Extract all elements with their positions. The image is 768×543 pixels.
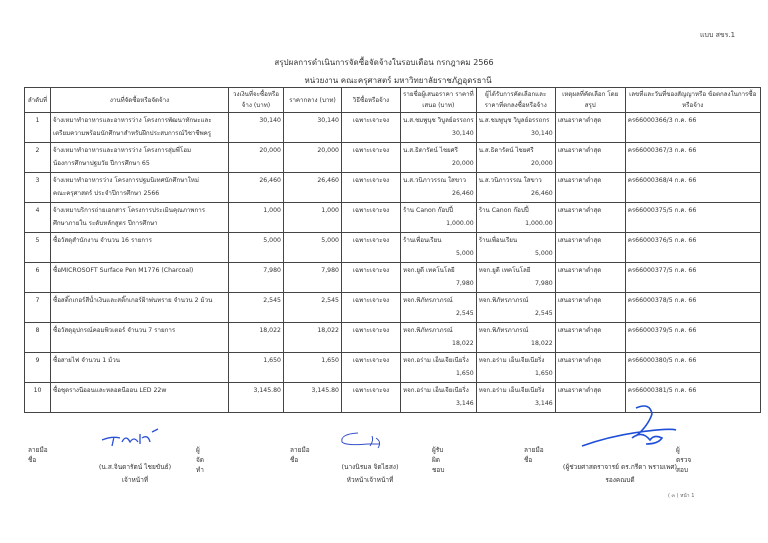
item-description: ซื้อสติ๊กเกอร์สีน้ำเงินและสติ๊กเกอร์ฝ้าพ… xyxy=(51,293,229,323)
method-cell: เฉพาะเจาะจง xyxy=(342,143,401,173)
budget-cell: 1,000 xyxy=(229,203,284,233)
winner-cell: น.ส.ธิดารัตน์ ไชยศรี20,000 xyxy=(476,143,555,173)
budget-cell: 2,545 xyxy=(229,293,284,323)
budget-cell: 26,460 xyxy=(229,173,284,203)
winner-name: หจก.พิภัทรภาภรณ์ xyxy=(479,324,553,337)
median-price-cell: 5,000 xyxy=(284,233,342,263)
bidder-name: ร้านเพื่อนเรียน xyxy=(403,234,474,247)
winner-cell: ร้าน Canon ก๊อปปี้1,000.00 xyxy=(476,203,555,233)
item-description: ซื้อวัสดุสำนักงาน จำนวน 16 รายการ xyxy=(51,233,229,263)
win-amount: 18,022 xyxy=(479,337,553,350)
header-winner: ผู้ได้รับการคัดเลือกและ ราคาที่ตกลงซื้อห… xyxy=(476,88,555,113)
bidder-name: หจก.พิภัทรภาภรณ์ xyxy=(403,324,474,337)
bid-amount: 30,140 xyxy=(403,127,474,140)
table-row: 5ซื้อวัสดุสำนักงาน จำนวน 16 รายการ5,0005… xyxy=(25,233,761,263)
winner-cell: หจก.ยูดี เทคโนโลยี7,980 xyxy=(476,263,555,293)
median-price-cell: 18,022 xyxy=(284,323,342,353)
row-number: 5 xyxy=(25,233,51,263)
bid-amount: 7,980 xyxy=(403,277,474,290)
handwritten-signature-icon xyxy=(338,430,388,452)
table-row: 9ซื้อสายไฟ จำนวน 1 ม้วน1,6501,650เฉพาะเจ… xyxy=(25,353,761,383)
win-amount: 30,140 xyxy=(479,127,553,140)
bidder-cell: หจก.พิภัทรภาภรณ์2,545 xyxy=(401,293,477,323)
reason-cell: เสนอราคาต่ำสุด xyxy=(555,203,625,233)
item-description: ซื้อMICROSOFT Surface Pen M1776 (Charcoa… xyxy=(51,263,229,293)
table-header-row: ลำดับที่ งานที่จัดซื้อหรือจัดจ้าง วงเงิน… xyxy=(25,88,761,113)
bidder-name: หจก.อร่าม เอ็นเจียเนียริ่ง xyxy=(403,354,474,367)
contract-cell: คร66000366/3 ก.ค. 66 xyxy=(625,113,760,143)
median-price-cell: 20,000 xyxy=(284,143,342,173)
contract-cell: คร66000379/5 ก.ค. 66 xyxy=(625,323,760,353)
median-price-cell: 30,140 xyxy=(284,113,342,143)
median-price-cell: 7,980 xyxy=(284,263,342,293)
item-description: จ้างเหมาบริการถ่ายเอกสาร โครงการประเมินค… xyxy=(51,203,229,233)
contract-cell: คร66000375/5 ก.ค. 66 xyxy=(625,203,760,233)
method-cell: เฉพาะเจาะจง xyxy=(342,233,401,263)
bidder-cell: น.ส.วนิภาวรรณ ใสขาว26,460 xyxy=(401,173,477,203)
winner-cell: น.ส.ชมพูนุช วิบูลย์อรรถกร30,140 xyxy=(476,113,555,143)
header-contract: เลขที่และวันที่ของสัญญาหรือ ข้อตกลงในการ… xyxy=(625,88,760,113)
reason-cell: เสนอราคาต่ำสุด xyxy=(555,233,625,263)
reason-cell: เสนอราคาต่ำสุด xyxy=(555,173,625,203)
row-number: 10 xyxy=(25,383,51,413)
reason-cell: เสนอราคาต่ำสุด xyxy=(555,293,625,323)
method-cell: เฉพาะเจาะจง xyxy=(342,293,401,323)
bidder-cell: ร้านเพื่อนเรียน5,000 xyxy=(401,233,477,263)
win-amount: 1,000.00 xyxy=(479,217,553,230)
bidder-cell: หจก.อร่าม เอ็นเจียเนียริ่ง1,650 xyxy=(401,353,477,383)
bidder-name: หจก.อร่าม เอ็นเจียเนียริ่ง xyxy=(403,384,474,397)
win-amount: 7,980 xyxy=(479,277,553,290)
contract-cell: คร66000367/3 ก.ค. 66 xyxy=(625,143,760,173)
handwritten-signature-icon xyxy=(100,428,160,450)
winner-name: ร้านเพื่อนเรียน xyxy=(479,234,553,247)
item-description: จ้างเหมาทำอาหารและอาหารว่าง โครงการสุ่มพ… xyxy=(51,143,229,173)
win-amount: 20,000 xyxy=(479,157,553,170)
win-amount: 5,000 xyxy=(479,247,553,260)
item-line-2: คณะครุศาสตร์ ประจำปีการศึกษา 2566 xyxy=(53,190,159,197)
item-line-1: จ้างเหมาทำอาหารและอาหารว่าง โครงการพัฒนา… xyxy=(53,117,212,124)
reason-cell: เสนอราคาต่ำสุด xyxy=(555,113,625,143)
winner-name: ร้าน Canon ก๊อปปี้ xyxy=(479,204,553,217)
document-title: สรุปผลการดำเนินการจัดซื้อจัดจ้างในรอบเดื… xyxy=(0,56,768,69)
bid-amount: 26,460 xyxy=(403,187,474,200)
method-cell: เฉพาะเจาะจง xyxy=(342,353,401,383)
win-amount: 26,460 xyxy=(479,187,553,200)
bidder-name: หจก.ยูดี เทคโนโลยี xyxy=(403,264,474,277)
winner-cell: ร้านเพื่อนเรียน5,000 xyxy=(476,233,555,263)
header-item: งานที่จัดซื้อหรือจัดจ้าง xyxy=(51,88,229,113)
header-budget: วงเงินที่จะซื้อหรือจ้าง (บาท) xyxy=(229,88,284,113)
winner-cell: หจก.อร่าม เอ็นเจียเนียริ่ง1,650 xyxy=(476,353,555,383)
header-bidders: รายชื่อผู้เสนอราคา ราคาที่เสนอ (บาท) xyxy=(401,88,477,113)
row-number: 9 xyxy=(25,353,51,383)
bid-amount: 3,146 xyxy=(403,397,474,410)
reason-cell: เสนอราคาต่ำสุด xyxy=(555,353,625,383)
method-cell: เฉพาะเจาะจง xyxy=(342,323,401,353)
item-line-1: ซื้อสายไฟ จำนวน 1 ม้วน xyxy=(53,357,120,364)
bidder-name: หจก.พิภัทรภาภรณ์ xyxy=(403,294,474,307)
bidder-cell: ร้าน Canon ก๊อปปี้1,000.00 xyxy=(401,203,477,233)
contract-cell: คร66000368/4 ก.ค. 66 xyxy=(625,173,760,203)
method-cell: เฉพาะเจาะจง xyxy=(342,203,401,233)
budget-cell: 3,145.80 xyxy=(229,383,284,413)
signature-label: ลายมือชื่อ xyxy=(290,445,310,465)
header-reason: เหตุผลที่คัดเลือก โดยสรุป xyxy=(555,88,625,113)
median-price-cell: 3,145.80 xyxy=(284,383,342,413)
row-number: 7 xyxy=(25,293,51,323)
bid-amount: 2,545 xyxy=(403,307,474,320)
method-cell: เฉพาะเจาะจง xyxy=(342,383,401,413)
table-row: 4จ้างเหมาบริการถ่ายเอกสาร โครงการประเมิน… xyxy=(25,203,761,233)
item-line-2: ศึกษาภายใน ระดับหลักสูตร ปีการศึกษา xyxy=(53,220,158,227)
signer-name: (ผู้ช่วยศาสตราจารย์ ดร.กรีดา พรามเพศ) xyxy=(540,462,700,472)
winner-cell: หจก.พิภัทรภาภรณ์2,545 xyxy=(476,293,555,323)
winner-cell: หจก.อร่าม เอ็นเจียเนียริ่ง3,146 xyxy=(476,383,555,413)
method-cell: เฉพาะเจาะจง xyxy=(342,113,401,143)
table-row: 6ซื้อMICROSOFT Surface Pen M1776 (Charco… xyxy=(25,263,761,293)
winner-name: น.ส.ธิดารัตน์ ไชยศรี xyxy=(479,144,553,157)
item-line-1: ซื้อวัสดุสำนักงาน จำนวน 16 รายการ xyxy=(53,237,152,244)
table-row: 8ซื้อวัสดุอุปกรณ์คอมพิวเตอร์ จำนวน 7 ราย… xyxy=(25,323,761,353)
bidder-cell: หจก.อร่าม เอ็นเจียเนียริ่ง3,146 xyxy=(401,383,477,413)
budget-cell: 7,980 xyxy=(229,263,284,293)
winner-cell: น.ส.วนิภาวรรณ ใสขาว26,460 xyxy=(476,173,555,203)
method-cell: เฉพาะเจาะจง xyxy=(342,173,401,203)
bidder-cell: น.ส.ชมพูนุช วิบูลย์อรรถกร30,140 xyxy=(401,113,477,143)
bidder-name: น.ส.วนิภาวรรณ ใสขาว xyxy=(403,174,474,187)
row-number: 1 xyxy=(25,113,51,143)
budget-cell: 1,650 xyxy=(229,353,284,383)
signature-role: ผู้รับผิดชอบ xyxy=(432,445,444,475)
item-line-1: จ้างเหมาบริการถ่ายเอกสาร โครงการประเมินค… xyxy=(53,207,205,214)
item-line-1: ซื้อวัสดุอุปกรณ์คอมพิวเตอร์ จำนวน 7 รายก… xyxy=(53,327,175,334)
item-line-1: จ้างเหมาทำอาหารว่าง โครงการปฐมนิเทศนักศึ… xyxy=(53,177,199,184)
item-description: ซื้อสายไฟ จำนวน 1 ม้วน xyxy=(51,353,229,383)
bidder-name: น.ส.ธิดารัตน์ ไชยศรี xyxy=(403,144,474,157)
winner-cell: หจก.พิภัทรภาภรณ์18,022 xyxy=(476,323,555,353)
item-description: จ้างเหมาทำอาหารและอาหารว่าง โครงการพัฒนา… xyxy=(51,113,229,143)
median-price-cell: 26,460 xyxy=(284,173,342,203)
row-number: 4 xyxy=(25,203,51,233)
budget-cell: 30,140 xyxy=(229,113,284,143)
bidder-name: ร้าน Canon ก๊อปปี้ xyxy=(403,204,474,217)
item-line-1: ซื้อสติ๊กเกอร์สีน้ำเงินและสติ๊กเกอร์ฝ้าพ… xyxy=(53,297,212,304)
row-number: 6 xyxy=(25,263,51,293)
page-number: ( ๓ ) หน้า 1 xyxy=(668,492,694,500)
signer-position: หัวหน้าเจ้าหน้าที่ xyxy=(320,475,420,485)
document-subtitle: หน่วยงาน คณะครุศาสตร์ มหาวิทยาลัยราชภัฏอ… xyxy=(14,74,768,87)
header-no: ลำดับที่ xyxy=(25,88,51,113)
budget-cell: 18,022 xyxy=(229,323,284,353)
row-number: 2 xyxy=(25,143,51,173)
item-description: จ้างเหมาทำอาหารว่าง โครงการปฐมนิเทศนักศึ… xyxy=(51,173,229,203)
procurement-table: ลำดับที่ งานที่จัดซื้อหรือจัดจ้าง วงเงิน… xyxy=(24,87,761,413)
winner-name: หจก.พิภัทรภาภรณ์ xyxy=(479,294,553,307)
item-description: ซื้อชุดรางนีออนและหลอดนีออน LED 22w xyxy=(51,383,229,413)
bidder-cell: น.ส.ธิดารัตน์ ไชยศรี20,000 xyxy=(401,143,477,173)
handwritten-signature-icon xyxy=(580,400,680,450)
winner-name: หจก.อร่าม เอ็นเจียเนียริ่ง xyxy=(479,354,553,367)
win-amount: 3,146 xyxy=(479,397,553,410)
median-price-cell: 2,545 xyxy=(284,293,342,323)
reason-cell: เสนอราคาต่ำสุด xyxy=(555,323,625,353)
form-code: แบบ สขร.1 xyxy=(700,30,735,41)
header-median-price: ราคากลาง (บาท) xyxy=(284,88,342,113)
row-number: 3 xyxy=(25,173,51,203)
item-line-1: ซื้อชุดรางนีออนและหลอดนีออน LED 22w xyxy=(53,387,166,394)
item-line-2: น้องการศึกษาปฐมวัย ปีการศึกษา 65 xyxy=(53,160,150,167)
winner-name: หจก.อร่าม เอ็นเจียเนียริ่ง xyxy=(479,384,553,397)
contract-cell: คร66000377/5 ก.ค. 66 xyxy=(625,263,760,293)
signer-position: เจ้าหน้าที่ xyxy=(80,475,190,485)
bidder-cell: หจก.ยูดี เทคโนโลยี7,980 xyxy=(401,263,477,293)
bidder-name: น.ส.ชมพูนุช วิบูลย์อรรถกร xyxy=(403,114,474,127)
winner-name: หจก.ยูดี เทคโนโลยี xyxy=(479,264,553,277)
contract-cell: คร66000378/5 ก.ค. 66 xyxy=(625,293,760,323)
signer-name: (นางนิรมล จิตไธสง) xyxy=(320,462,420,472)
table-row: 2จ้างเหมาทำอาหารและอาหารว่าง โครงการสุ่ม… xyxy=(25,143,761,173)
median-price-cell: 1,000 xyxy=(284,203,342,233)
table-row: 7ซื้อสติ๊กเกอร์สีน้ำเงินและสติ๊กเกอร์ฝ้า… xyxy=(25,293,761,323)
signer-name: (น.ส.จินดารัตน์ ไชยขันธ์) xyxy=(80,462,190,472)
header-method: วิธีซื้อหรือจ้าง xyxy=(342,88,401,113)
signature-role: ผู้จัดทำ xyxy=(196,445,204,475)
row-number: 8 xyxy=(25,323,51,353)
bid-amount: 18,022 xyxy=(403,337,474,350)
bidder-cell: หจก.พิภัทรภาภรณ์18,022 xyxy=(401,323,477,353)
method-cell: เฉพาะเจาะจง xyxy=(342,263,401,293)
winner-name: น.ส.วนิภาวรรณ ใสขาว xyxy=(479,174,553,187)
reason-cell: เสนอราคาต่ำสุด xyxy=(555,143,625,173)
bid-amount: 20,000 xyxy=(403,157,474,170)
median-price-cell: 1,650 xyxy=(284,353,342,383)
winner-name: น.ส.ชมพูนุช วิบูลย์อรรถกร xyxy=(479,114,553,127)
reason-cell: เสนอราคาต่ำสุด xyxy=(555,263,625,293)
contract-cell: คร66000376/5 ก.ค. 66 xyxy=(625,233,760,263)
item-line-1: จ้างเหมาทำอาหารและอาหารว่าง โครงการสุ่มพ… xyxy=(53,147,191,154)
bid-amount: 5,000 xyxy=(403,247,474,260)
win-amount: 2,545 xyxy=(479,307,553,320)
bid-amount: 1,650 xyxy=(403,367,474,380)
signature-label: ลายมือชื่อ xyxy=(28,445,48,465)
contract-cell: คร66000380/5 ก.ค. 66 xyxy=(625,353,760,383)
item-line-2: เตรียมความพร้อมนักศึกษาสำหรับฝึกประสบการ… xyxy=(53,130,211,137)
table-row: 1จ้างเหมาทำอาหารและอาหารว่าง โครงการพัฒน… xyxy=(25,113,761,143)
bid-amount: 1,000.00 xyxy=(403,217,474,230)
win-amount: 1,650 xyxy=(479,367,553,380)
item-description: ซื้อวัสดุอุปกรณ์คอมพิวเตอร์ จำนวน 7 รายก… xyxy=(51,323,229,353)
signer-position: รองคณบดี xyxy=(540,475,700,485)
table-row: 3จ้างเหมาทำอาหารว่าง โครงการปฐมนิเทศนักศ… xyxy=(25,173,761,203)
budget-cell: 5,000 xyxy=(229,233,284,263)
budget-cell: 20,000 xyxy=(229,143,284,173)
item-line-1: ซื้อMICROSOFT Surface Pen M1776 (Charcoa… xyxy=(53,267,193,274)
